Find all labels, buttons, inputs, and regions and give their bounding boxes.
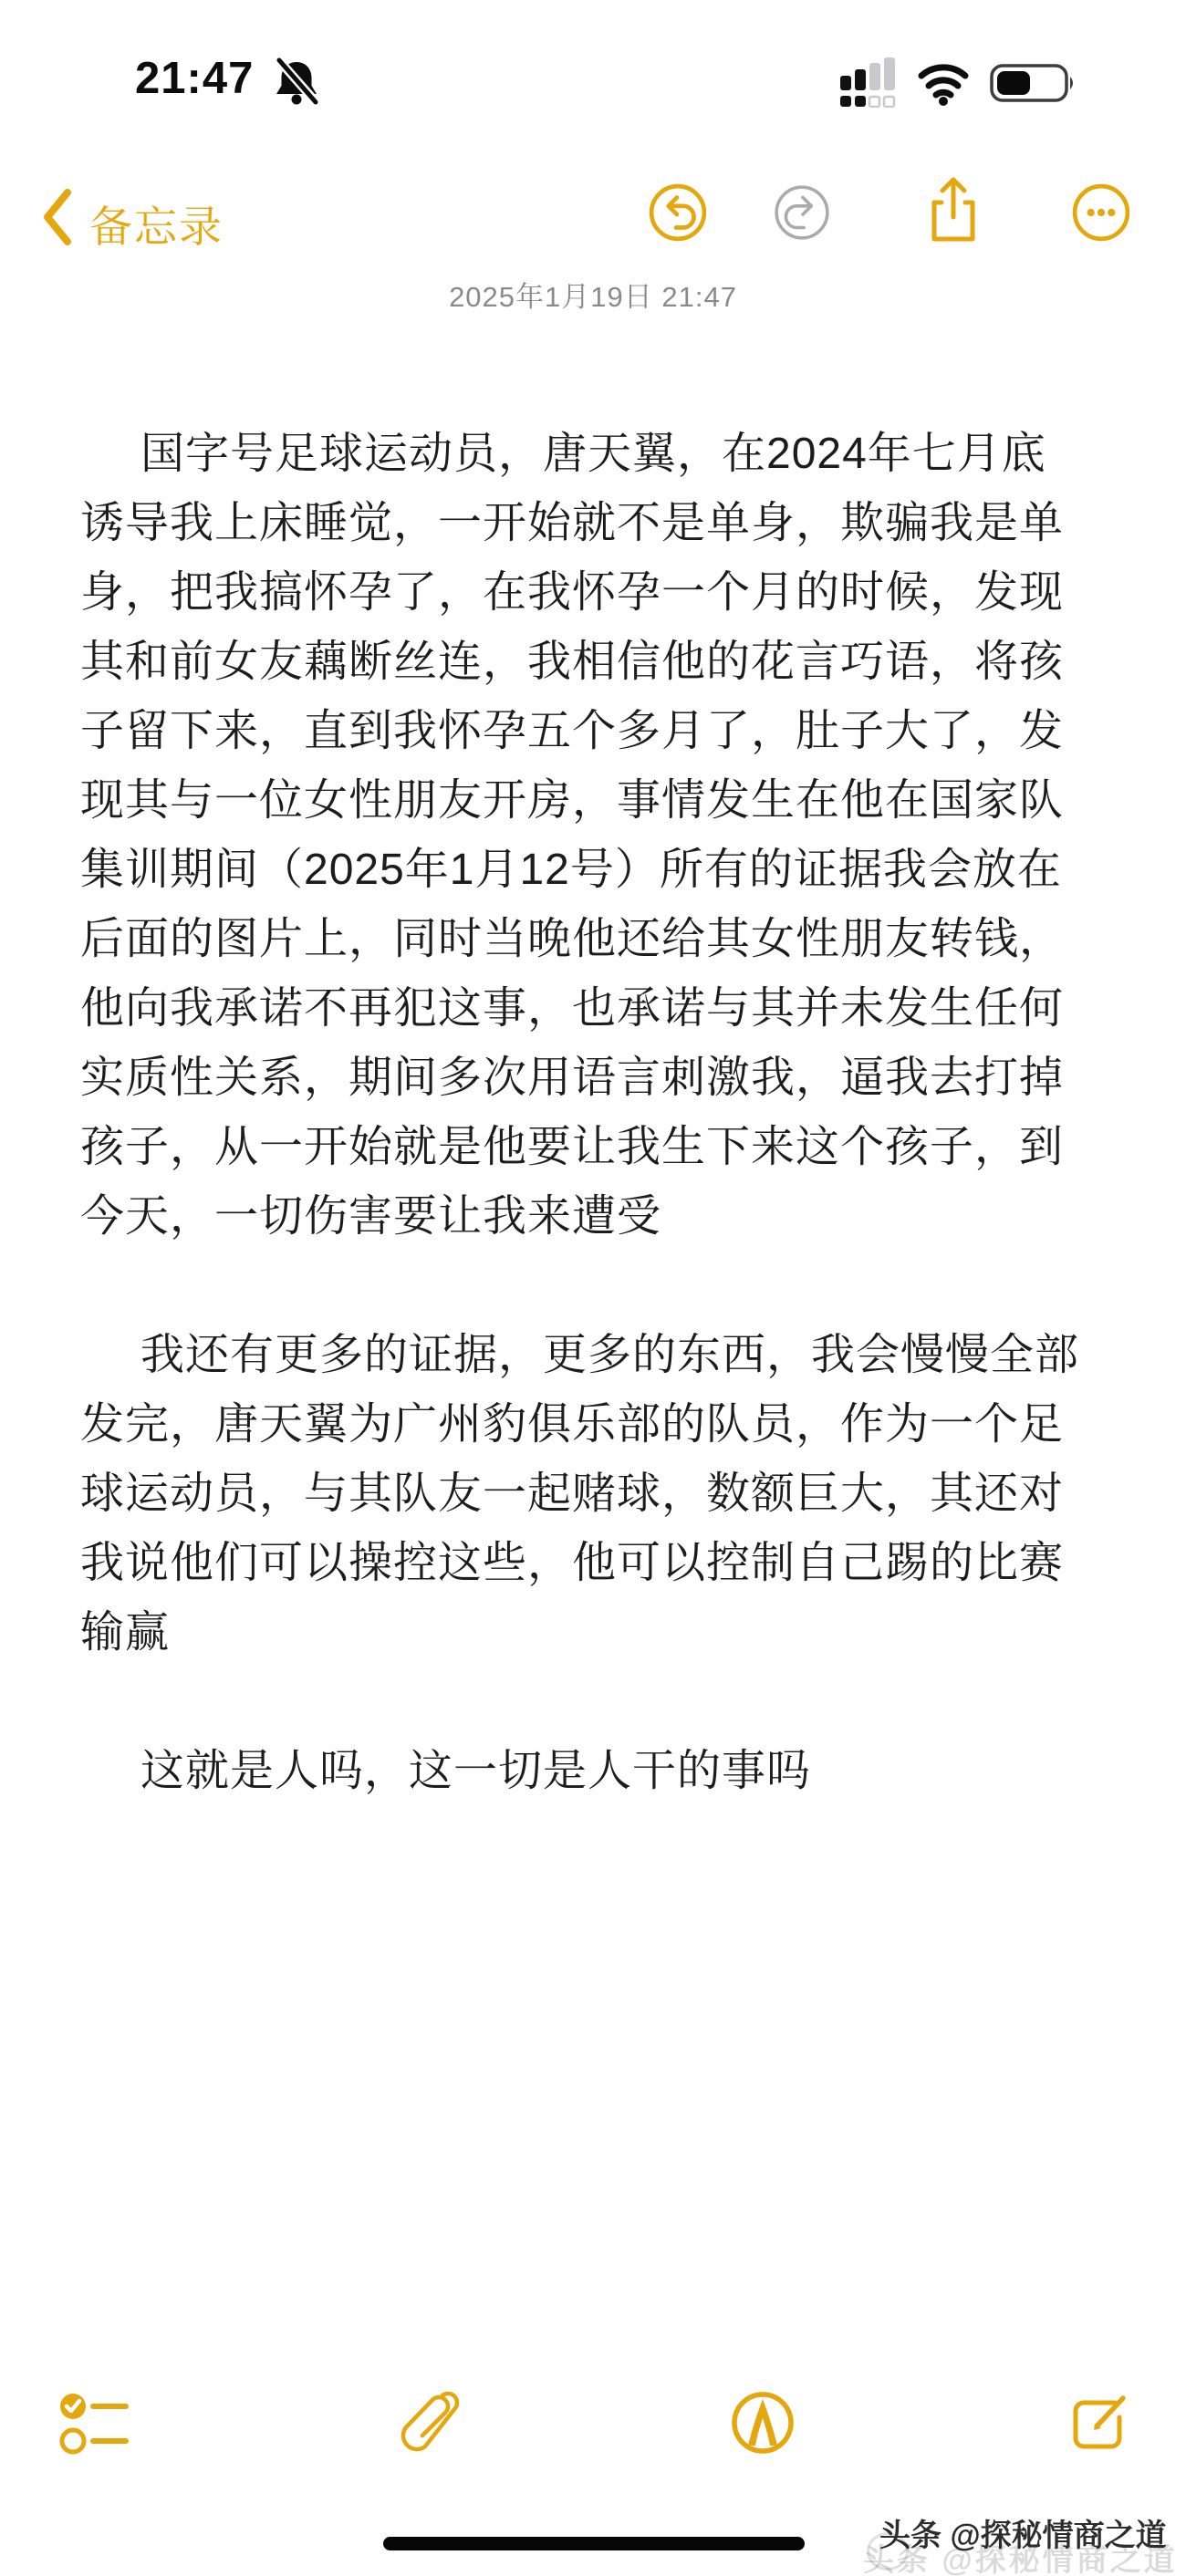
note-line: 后面的图片上，同时当晚他还给其女性朋友转钱，: [80, 905, 1120, 974]
attachment-button[interactable]: [400, 2383, 460, 2466]
checklist-icon: [53, 2384, 133, 2461]
note-line: 发完，唐天翼为广州豹俱乐部的队员，作为一个足: [80, 1390, 1120, 1459]
markup-icon: [730, 2388, 796, 2457]
more-icon: [1071, 182, 1131, 243]
note-line: 我还有更多的证据，更多的东西，我会慢慢全部: [80, 1321, 1120, 1390]
status-time: 21:47: [135, 53, 254, 104]
note-line: 其和前女友藕断丝连，我相信他的花言巧语，将孩: [80, 628, 1120, 697]
cellular-signal-icon: [839, 57, 901, 112]
battery-icon: [990, 64, 1077, 107]
paperclip-icon: [400, 2383, 460, 2463]
undo-button[interactable]: [648, 181, 708, 246]
note-line: 我说他们可以操控这些，他可以控制自己踢的比赛: [80, 1529, 1120, 1598]
watermark-text: 头条 @探秘情商之道: [879, 2510, 1167, 2555]
undo-icon: [648, 182, 708, 243]
compose-button[interactable]: [1069, 2390, 1131, 2455]
compose-icon: [1069, 2390, 1131, 2452]
note-line: 子留下来，直到我怀孕五个多月了，肚子大了，发: [80, 697, 1120, 766]
note-line: 他向我承诺不再犯这事，也承诺与其并未发生任何: [80, 974, 1120, 1044]
note-line: 实质性关系，期间多次用语言刺激我，逼我去打掉: [80, 1044, 1120, 1113]
note-line: 身，把我搞怀孕了，在我怀孕一个月的时候，发现: [80, 558, 1120, 628]
note-line: 球运动员，与其队友一起赌球，数额巨大，其还对: [80, 1459, 1120, 1529]
note-date: 2025年1月19日 21:47: [0, 274, 1186, 315]
share-icon: [925, 175, 982, 246]
note-editor[interactable]: 国字号足球运动员，唐天翼，在2024年七月底 诱导我上床睡觉，一开始就不是单身，…: [80, 420, 1120, 1806]
note-line: 孩子，从一开始就是他要让我生下来这个孩子，到: [80, 1113, 1120, 1182]
note-paragraph: 这就是人吗，这一切是人干的事吗: [80, 1737, 1120, 1806]
back-button[interactable]: [36, 186, 77, 250]
back-label[interactable]: 备忘录: [89, 193, 224, 254]
redo-icon: [772, 182, 832, 243]
note-line: 输赢: [80, 1598, 1120, 1667]
bell-slash-icon: [272, 57, 321, 114]
note-line: 这就是人吗，这一切是人干的事吗: [80, 1737, 1120, 1806]
note-line: 现其与一位女性朋友开房，事情发生在他在国家队: [80, 766, 1120, 836]
wifi-icon: [915, 60, 972, 110]
note-paragraph: 国字号足球运动员，唐天翼，在2024年七月底 诱导我上床睡觉，一开始就不是单身，…: [80, 420, 1120, 1252]
markup-button[interactable]: [730, 2388, 796, 2460]
checklist-button[interactable]: [53, 2384, 133, 2464]
home-indicator[interactable]: [383, 2537, 805, 2550]
note-line: 诱导我上床睡觉，一开始就不是单身，欺骗我是单: [80, 489, 1120, 558]
note-line: 今天，一切伤害要让我来遭受: [80, 1182, 1120, 1252]
note-paragraph: 我还有更多的证据，更多的东西，我会慢慢全部 发完，唐天翼为广州豹俱乐部的队员，作…: [80, 1321, 1120, 1667]
note-line: 国字号足球运动员，唐天翼，在2024年七月底: [80, 420, 1120, 489]
notes-app-screen: 21:47: [0, 0, 1186, 2576]
share-button[interactable]: [923, 175, 983, 241]
more-button[interactable]: [1071, 181, 1131, 246]
note-line: 集训期间（2025年1月12号）所有的证据我会放在: [80, 836, 1120, 905]
redo-button[interactable]: [772, 181, 832, 246]
